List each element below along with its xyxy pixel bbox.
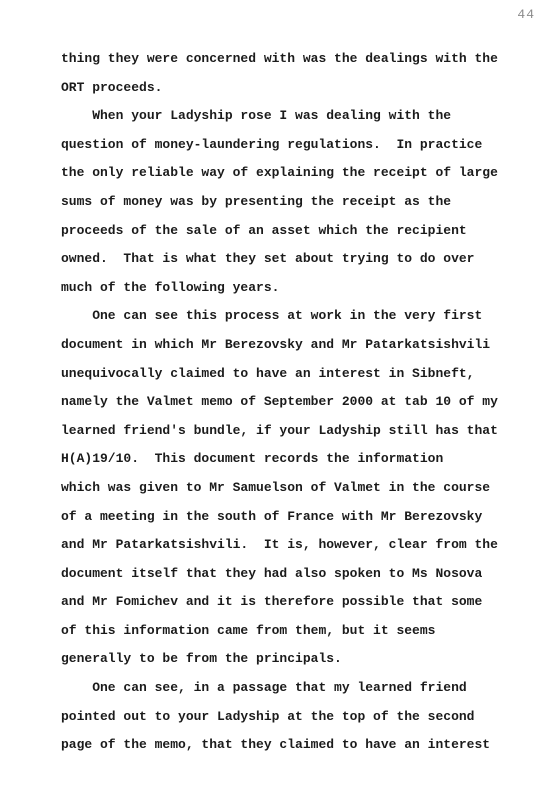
transcript-line: learned friend's bundle, if your Ladyshi…: [61, 417, 521, 446]
transcript-line: and Mr Patarkatsishvili. It is, however,…: [61, 531, 521, 560]
transcript-line: document in which Mr Berezovsky and Mr P…: [61, 331, 521, 360]
page-number: 44: [517, 7, 535, 22]
transcript-line: proceeds of the sale of an asset which t…: [61, 217, 521, 246]
transcript-line: the only reliable way of explaining the …: [61, 159, 521, 188]
transcript-line: One can see this process at work in the …: [61, 302, 521, 331]
transcript-line: When your Ladyship rose I was dealing wi…: [61, 102, 521, 131]
transcript-line: question of money-laundering regulations…: [61, 131, 521, 160]
transcript-line: and Mr Fomichev and it is therefore poss…: [61, 588, 521, 617]
transcript-line: sums of money was by presenting the rece…: [61, 188, 521, 217]
transcript-line: page of the memo, that they claimed to h…: [61, 731, 521, 760]
transcript-text-block: thing they were concerned with was the d…: [61, 45, 521, 760]
transcript-line: of this information came from them, but …: [61, 617, 521, 646]
transcript-page: 44 thing they were concerned with was th…: [0, 0, 558, 789]
transcript-line: namely the Valmet memo of September 2000…: [61, 388, 521, 417]
transcript-line: pointed out to your Ladyship at the top …: [61, 703, 521, 732]
transcript-line: which was given to Mr Samuelson of Valme…: [61, 474, 521, 503]
transcript-line: of a meeting in the south of France with…: [61, 503, 521, 532]
transcript-line: owned. That is what they set about tryin…: [61, 245, 521, 274]
transcript-line: generally to be from the principals.: [61, 645, 521, 674]
transcript-line: ORT proceeds.: [61, 74, 521, 103]
transcript-line: H(A)19/10. This document records the inf…: [61, 445, 521, 474]
transcript-line: unequivocally claimed to have an interes…: [61, 360, 521, 389]
transcript-line: One can see, in a passage that my learne…: [61, 674, 521, 703]
transcript-line: much of the following years.: [61, 274, 521, 303]
transcript-line: thing they were concerned with was the d…: [61, 45, 521, 74]
transcript-line: document itself that they had also spoke…: [61, 560, 521, 589]
